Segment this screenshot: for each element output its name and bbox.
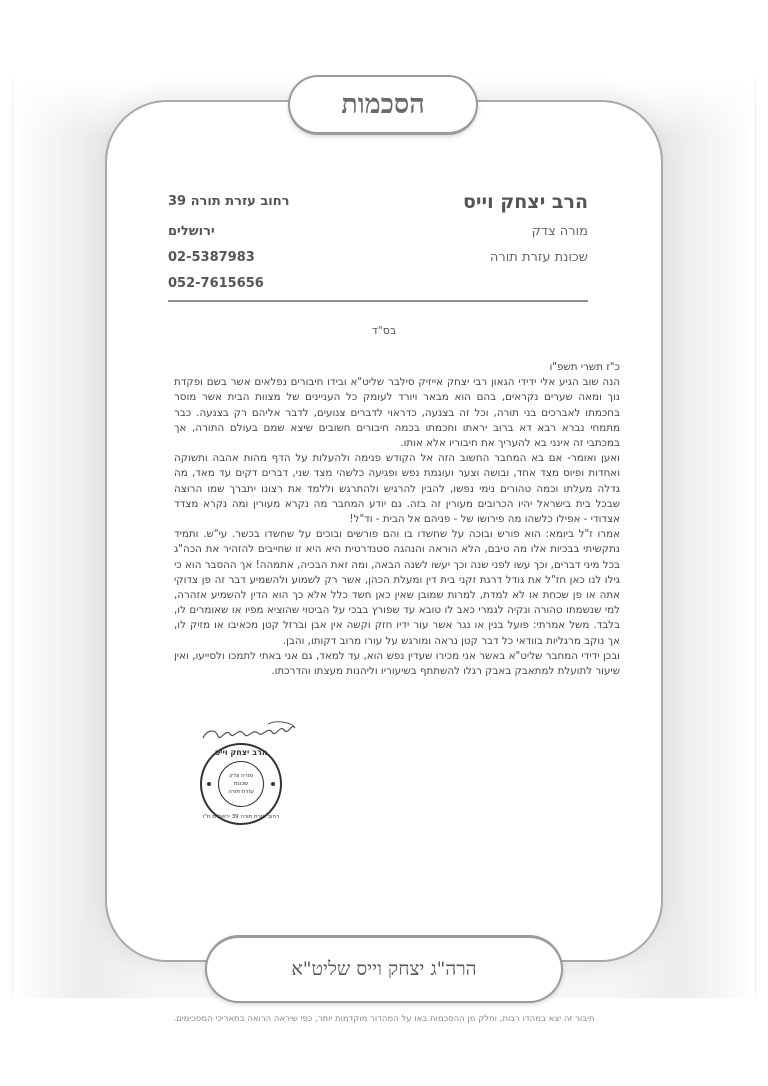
stamp-inner-line: שכונת (234, 780, 248, 788)
stamp-dot-icon (271, 782, 275, 786)
stamp-inner-line: מורה צדק (229, 772, 253, 780)
letter-paragraph: הנה שוב הגיע אלי ידידי הגאון רבי יצחק אי… (174, 375, 620, 451)
stamp-dot-icon (207, 782, 211, 786)
footer-tab: הרה"ג יצחק וייס שליט"א (205, 935, 563, 1003)
rabbi-neighborhood: שכונת עזרת תורה (463, 246, 588, 272)
letterhead: הרב יצחק וייס מורה צדק שכונת עזרת תורה ר… (168, 190, 588, 290)
rabbinical-stamp: הרב יצחק וייס מורה צדק שכונת עזרת תורה ר… (200, 743, 282, 825)
footer-note: חיבור זה יצא במהדו רבות, וחלק מן ההסכמות… (0, 1014, 768, 1024)
letter-paragraph: ואען ואומר- אם בא המחבר החשוב הזה אל הקו… (174, 451, 620, 527)
section-title: הסכמות (341, 89, 424, 120)
letter-paragraph: ובכן ידידי המחבר שליט"א באשר אני מכירו ש… (174, 649, 620, 679)
stamp-inner-line: עזרת תורה (228, 788, 254, 796)
letterhead-divider (168, 300, 588, 302)
rabbi-name: הרב יצחק וייס (463, 190, 588, 220)
rabbi-title: מורה צדק (463, 220, 588, 246)
letterhead-contact: רחוב עזרת תורה 39 ירושלים 02-5387983 052… (168, 190, 290, 298)
letterhead-identity: הרב יצחק וייס מורה צדק שכונת עזרת תורה (463, 190, 588, 272)
stamp-ring-bottom: רחוב עזרת תורה 39 ירושלים ת"ו (202, 814, 280, 820)
signature-icon (198, 718, 298, 746)
bsd-heading: בס"ד (0, 324, 768, 337)
letter-paragraph: אמרו ז"ל ביומא: הוא פורש ובוכה על שחשדו … (174, 527, 620, 649)
signatory-title: הרה"ג יצחק וייס שליט"א (291, 958, 476, 981)
stamp-inner-circle: מורה צדק שכונת עזרת תורה (218, 761, 264, 807)
signature-and-stamp: הרב יצחק וייס מורה צדק שכונת עזרת תורה ר… (180, 718, 300, 828)
street-address: רחוב עזרת תורה 39 (168, 190, 290, 220)
city: ירושלים (168, 220, 290, 246)
stamp-ring-top: הרב יצחק וייס (202, 748, 280, 757)
letter-date: כ"ז תשרי תשפ"ו (174, 360, 620, 375)
phone-number: 02-5387983 (168, 246, 255, 270)
header-tab: הסכמות (288, 75, 478, 135)
mobile-number: 052-7615656 (168, 272, 264, 296)
letter-body: כ"ז תשרי תשפ"ו הנה שוב הגיע אלי ידידי הג… (174, 360, 620, 679)
